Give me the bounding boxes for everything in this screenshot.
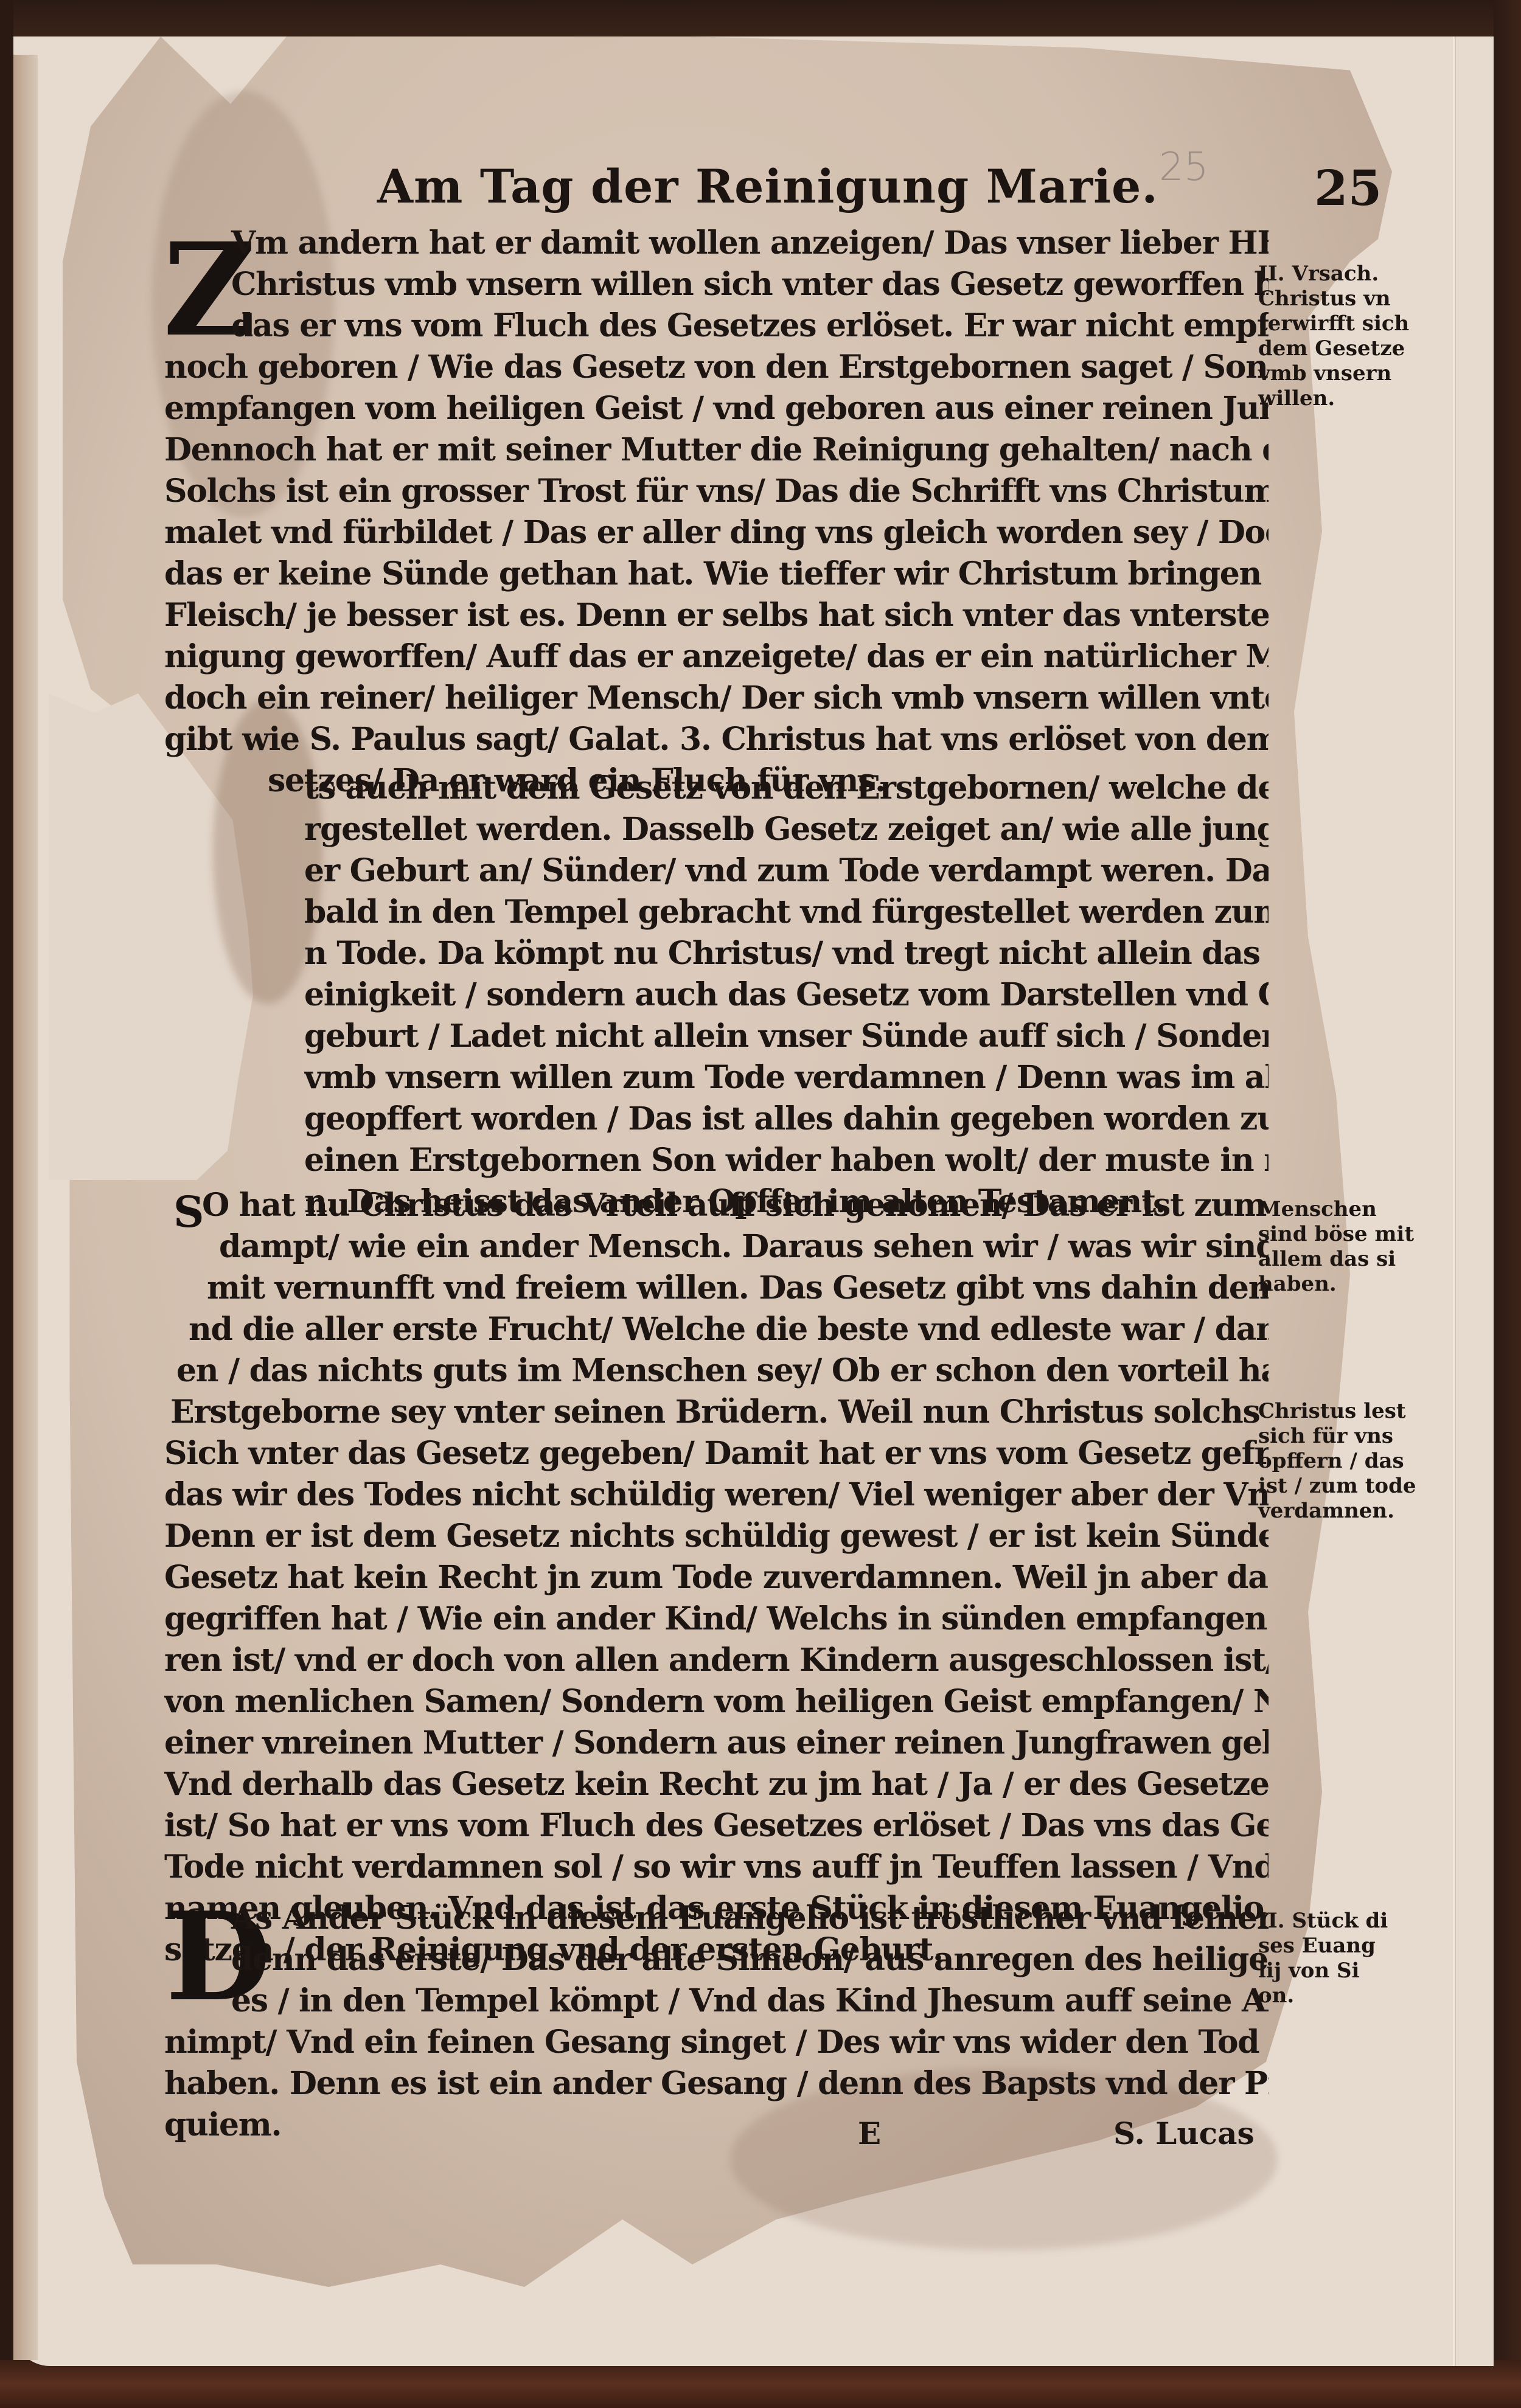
text-line: das er vns vom Fluch des Gesetzes erlöse… xyxy=(164,305,1269,347)
text-line: Sich vnter das Gesetz gegeben/ Damit hat… xyxy=(164,1433,1269,1474)
pencil-folio-number: 25 xyxy=(1159,145,1208,190)
signature-mark: E xyxy=(858,2115,881,2151)
marginal-note: Menschen sind böse mit allem das si habe… xyxy=(1258,1197,1422,1297)
text-line: gibt wie S. Paulus sagt/ Galat. 3. Chris… xyxy=(164,719,1269,760)
text-line: doch ein reiner/ heiliger Mensch/ Der si… xyxy=(164,678,1269,719)
text-line: Fleisch/ je besser ist es. Denn er selbs… xyxy=(164,595,1269,636)
marginal-line: on. xyxy=(1258,1983,1422,2008)
marginal-line: Menschen xyxy=(1258,1197,1422,1222)
text-line: geopffert worden / Das ist alles dahin g… xyxy=(304,1098,1269,1140)
book-board-right xyxy=(1494,0,1521,2408)
text-line: Erstgeborne sey vnter seinen Brüdern. We… xyxy=(164,1392,1269,1433)
text-line: O hat nu Christus das Vrteil auff sich g… xyxy=(164,1185,1269,1226)
marginal-line: haben. xyxy=(1258,1272,1422,1297)
text-line: n Tode. Da kömpt nu Christus/ vnd tregt … xyxy=(304,933,1269,974)
marginal-line: II. Vrsach. xyxy=(1258,262,1422,286)
marginal-line: Christus lest xyxy=(1258,1399,1422,1424)
text-line: Gesetz hat kein Recht jn zum Tode zuverd… xyxy=(164,1557,1269,1598)
text-line: nigung geworffen/ Auff das er anzeigete/… xyxy=(164,636,1269,678)
text-line: er Geburt an/ Sünder/ vnd zum Tode verda… xyxy=(304,850,1269,892)
text-line: nd die aller erste Frucht/ Welche die be… xyxy=(164,1309,1269,1350)
text-line: vmb vnsern willen zum Tode verdamnen / D… xyxy=(304,1057,1269,1098)
marginal-line: willen. xyxy=(1258,386,1422,411)
gutter-strip xyxy=(13,55,38,2360)
catchword: S. Lucas xyxy=(1113,2115,1255,2151)
text-line: dampt/ wie ein ander Mensch. Daraus sehe… xyxy=(164,1226,1269,1268)
text-line: quiem. xyxy=(164,2104,1269,2146)
marginal-line: sich für vns xyxy=(1258,1424,1422,1449)
text-line: rgestellet werden. Dasselb Gesetz zeiget… xyxy=(304,809,1269,850)
text-line: en / das nichts guts im Menschen sey/ Ob… xyxy=(164,1350,1269,1392)
text-line: einigkeit / sondern auch das Gesetz vom … xyxy=(304,974,1269,1016)
text-line: Solchs ist ein grosser Trost für vns/ Da… xyxy=(164,471,1269,512)
text-line: noch geboren / Wie das Gesetz von den Er… xyxy=(164,347,1269,388)
marginal-line: verdamnen. xyxy=(1258,1499,1422,1524)
text-line: das wir des Todes nicht schüldig weren/ … xyxy=(164,1474,1269,1516)
marginal-line: terwirfft sich xyxy=(1258,311,1422,336)
paragraph-1: Vm andern hat er damit wollen anzeigen/ … xyxy=(164,223,1269,802)
marginal-line: ist / zum tode xyxy=(1258,1474,1422,1499)
text-line: einen Erstgebornen Son wider haben wolt/… xyxy=(304,1140,1269,1181)
text-line: ist/ So hat er vns vom Fluch des Gesetze… xyxy=(164,1805,1269,1847)
text-line: es / in den Tempel kömpt / Vnd das Kind … xyxy=(164,1980,1269,2022)
text-line: das er keine Sünde gethan hat. Wie tieff… xyxy=(164,553,1269,595)
text-line: Vm andern hat er damit wollen anzeigen/ … xyxy=(164,223,1269,264)
text-line: Denn er ist dem Gesetz nichts schüldig g… xyxy=(164,1516,1269,1557)
text-line: Tode nicht verdamnen sol / so wir vns au… xyxy=(164,1847,1269,1888)
marginal-line: Christus vn xyxy=(1258,286,1422,311)
marginal-line: ses Euang xyxy=(1258,1934,1422,1959)
paragraph-3: O hat nu Christus das Vrteil auff sich g… xyxy=(164,1185,1269,1971)
paragraph-4: As Ander Stück in diesem Euangelio ist t… xyxy=(164,1898,1269,2146)
marginal-line: dem Gesetze xyxy=(1258,336,1422,361)
folio-number: 25 xyxy=(1314,159,1382,217)
text-line: denn das erste/ Das der alte Simeon/ aus… xyxy=(164,1939,1269,1980)
paragraph-2: ts auch mit dem Gesetz von den Erstgebor… xyxy=(304,768,1269,1223)
marginal-line: lij von Si xyxy=(1258,1959,1422,1983)
marginal-line: vmb vnsern xyxy=(1258,361,1422,386)
marginal-note: Christus lest sich für vns opffern / das… xyxy=(1258,1399,1422,1524)
text-line: ts auch mit dem Gesetz von den Erstgebor… xyxy=(304,768,1269,809)
book-board-bottom xyxy=(0,2360,1521,2408)
marginal-line: sind böse mit xyxy=(1258,1222,1422,1247)
marginal-line: opffern / das xyxy=(1258,1449,1422,1474)
text-line: Christus vmb vnsern willen sich vnter da… xyxy=(164,264,1269,305)
text-line: gegriffen hat / Wie ein ander Kind/ Welc… xyxy=(164,1598,1269,1640)
running-head: Am Tag der Reinigung Marie. xyxy=(377,159,1158,213)
text-line: empfangen vom heiligen Geist / vnd gebor… xyxy=(164,388,1269,429)
book-board-left xyxy=(0,0,13,2408)
text-line: Vnd derhalb das Gesetz kein Recht zu jm … xyxy=(164,1764,1269,1805)
text-line: geburt / Ladet nicht allein vnser Sünde … xyxy=(304,1016,1269,1057)
text-line: bald in den Tempel gebracht vnd fürgeste… xyxy=(304,892,1269,933)
text-line: malet vnd fürbildet / Das er aller ding … xyxy=(164,512,1269,553)
text-line: mit vernunfft vnd freiem willen. Das Ges… xyxy=(164,1268,1269,1309)
text-line: Dennoch hat er mit seiner Mutter die Rei… xyxy=(164,429,1269,471)
text-line: von menlichen Samen/ Sondern vom heilige… xyxy=(164,1681,1269,1723)
leaf-fore-edge xyxy=(1453,36,1455,2366)
marginal-note: II. Vrsach. Christus vn terwirfft sich d… xyxy=(1258,262,1422,411)
marginal-line: allem das si xyxy=(1258,1247,1422,1272)
text-line: haben. Denn es ist ein ander Gesang / de… xyxy=(164,2063,1269,2104)
marginal-line: II. Stück di xyxy=(1258,1909,1422,1934)
marginal-note: II. Stück di ses Euang lij von Si on. xyxy=(1258,1909,1422,2008)
text-line: einer vnreinen Mutter / Sondern aus eine… xyxy=(164,1723,1269,1764)
text-line: ren ist/ vnd er doch von allen andern Ki… xyxy=(164,1640,1269,1681)
text-line: nimpt/ Vnd ein feinen Gesang singet / De… xyxy=(164,2022,1269,2063)
text-line: As Ander Stück in diesem Euangelio ist t… xyxy=(164,1898,1269,1939)
